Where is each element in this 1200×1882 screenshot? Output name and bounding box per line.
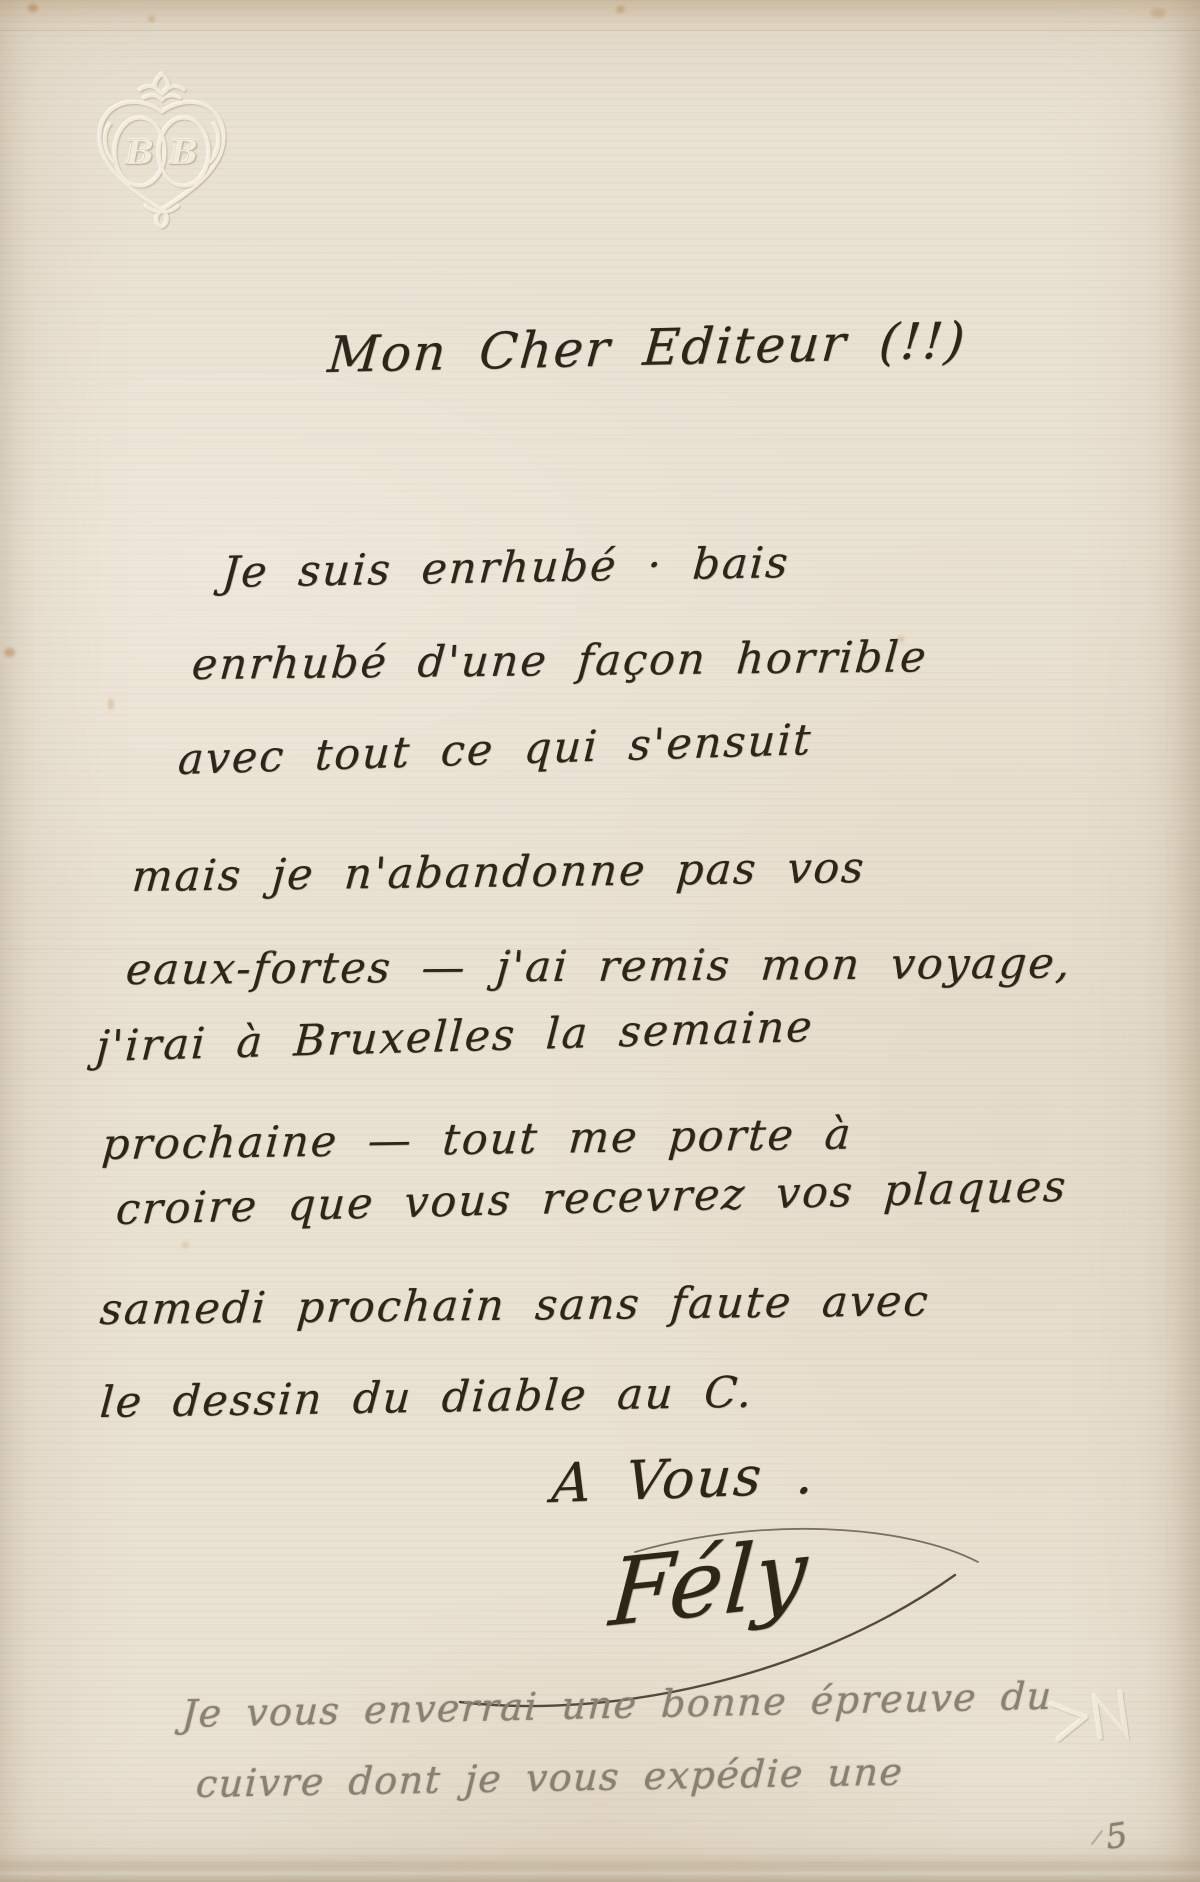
- postscript-line: cuivre dont je vous expédie une: [195, 1750, 905, 1806]
- letter-line: avec tout ce qui s'ensuit: [177, 715, 814, 785]
- salutation: Mon Cher Editeur (!!): [326, 311, 969, 384]
- foxing-spot: [4, 648, 15, 657]
- letter-line: le dessin du diable au C.: [98, 1368, 755, 1428]
- letter-line: j'irai à Bruxelles la semaine: [95, 1002, 816, 1072]
- foxing-spot: [616, 6, 625, 13]
- top-edge-discoloration: [0, 0, 1200, 31]
- foxing-spot: [148, 16, 155, 22]
- letter-line: samedi prochain sans faute avec: [98, 1276, 931, 1335]
- letter-line: enrhubé d'une façon horrible: [190, 632, 929, 690]
- letter-page: B B Mon Cher Editeur (!!) Je suis enrhub…: [0, 0, 1200, 1882]
- monogram-initial-right: B: [169, 133, 199, 173]
- letter-line: mais je n'abandonne pas vos: [130, 843, 867, 902]
- foxing-spot: [28, 4, 38, 12]
- signature: Fély: [606, 1519, 811, 1648]
- foxing-spot: [108, 698, 114, 710]
- crest-ornament: [100, 74, 224, 227]
- postscript-line: Je vous enverrai une bonne épreuve du: [181, 1674, 1054, 1736]
- letter-line: prochaine — tout me porte à: [100, 1109, 854, 1170]
- foxing-spot: [1150, 8, 1166, 18]
- letter-line: eaux-fortes — j'ai remis mon voyage,: [124, 938, 1074, 995]
- monogram-initial-left: B: [125, 133, 155, 173]
- closing: A Vous .: [550, 1443, 818, 1515]
- letter-line: croire que vous recevrez vos plaques: [114, 1162, 1068, 1235]
- embossed-blind-stamp: [1046, 1688, 1146, 1750]
- foxing-spot: [182, 1242, 189, 1248]
- letter-line: Je suis enrhubé · bais: [220, 538, 791, 598]
- paper-crease: [300, 438, 1200, 442]
- embossed-monogram-crest: B B: [82, 64, 242, 229]
- page-number: 5: [1103, 1815, 1131, 1858]
- page-bottom-edge: [0, 1854, 1200, 1882]
